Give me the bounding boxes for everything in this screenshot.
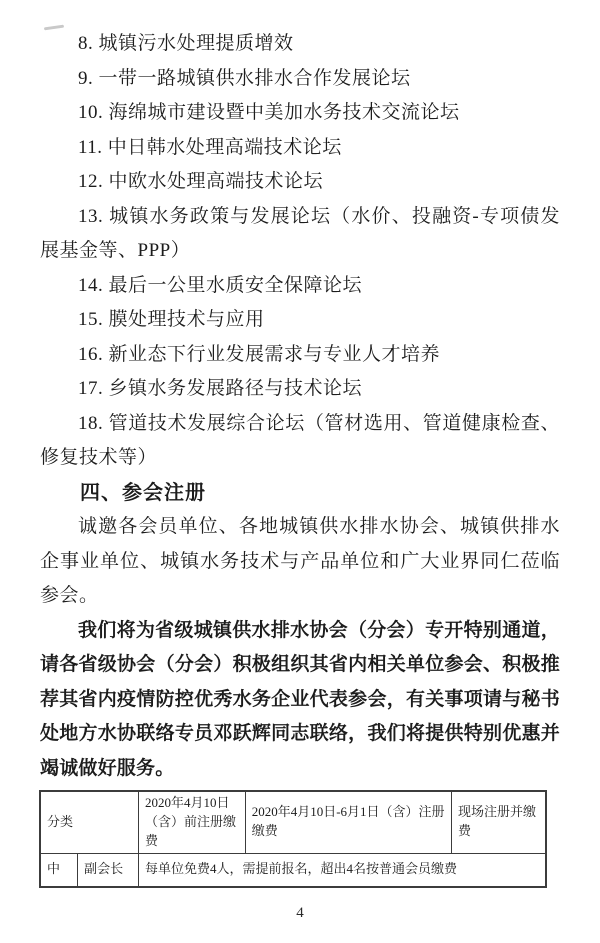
table-header-category: 分类 <box>40 791 139 853</box>
list-item-16: 16. 新业态下行业发展需求与专业人才培养 <box>40 338 560 373</box>
table-row: 中 副会长 每单位免费4人，需提前报名，超出4名按普通会员缴费 <box>40 853 546 887</box>
page-number: 4 <box>40 905 560 922</box>
table-header-onsite-registration: 现场注册并缴费 <box>451 791 546 853</box>
paragraph-invitation: 诚邀各会员单位、各地城镇供水排水协会、城镇供排水企事业单位、城镇水务技术与产品单… <box>40 510 560 614</box>
table-cell-group: 中 <box>40 853 78 887</box>
page-content: 8. 城镇污水处理提质增效 9. 一带一路城镇供水排水合作发展论坛 10. 海绵… <box>40 27 560 922</box>
registration-fee-table: 分类 2020年4月10日（含）前注册缴费 2020年4月10日-6月1日（含）… <box>39 790 547 888</box>
list-item-17: 17. 乡镇水务发展路径与技术论坛 <box>40 372 560 407</box>
list-item-18: 18. 管道技术发展综合论坛（管材选用、管道健康检查、修复技术等） <box>40 407 560 476</box>
list-item-12: 12. 中欧水处理高端技术论坛 <box>40 165 560 200</box>
list-item-13: 13. 城镇水务政策与发展论坛（水价、投融资-专项债发展基金等、PPP） <box>40 200 560 269</box>
list-item-9: 9. 一带一路城镇供水排水合作发展论坛 <box>40 62 560 97</box>
list-item-11: 11. 中日韩水处理高端技术论坛 <box>40 131 560 166</box>
table-cell-policy: 每单位免费4人，需提前报名，超出4名按普通会员缴费 <box>139 853 546 887</box>
list-item-10: 10. 海绵城市建设暨中美加水务技术交流论坛 <box>40 96 560 131</box>
table-header-row: 分类 2020年4月10日（含）前注册缴费 2020年4月10日-6月1日（含）… <box>40 791 546 853</box>
section-heading: 四、参会注册 <box>40 476 560 511</box>
document-page: 8. 城镇污水处理提质增效 9. 一带一路城镇供水排水合作发展论坛 10. 海绵… <box>0 0 600 943</box>
list-item-15: 15. 膜处理技术与应用 <box>40 303 560 338</box>
table-header-early-registration: 2020年4月10日（含）前注册缴费 <box>139 791 246 853</box>
list-item-14: 14. 最后一公里水质安全保障论坛 <box>40 269 560 304</box>
list-item-8: 8. 城镇污水处理提质增效 <box>40 27 560 62</box>
table-header-standard-registration: 2020年4月10日-6月1日（含）注册缴费 <box>245 791 451 853</box>
paragraph-special-channel: 我们将为省级城镇供水排水协会（分会）专开特别通道，请各省级协会（分会）积极组织其… <box>40 614 560 787</box>
table-cell-role: 副会长 <box>78 853 139 887</box>
